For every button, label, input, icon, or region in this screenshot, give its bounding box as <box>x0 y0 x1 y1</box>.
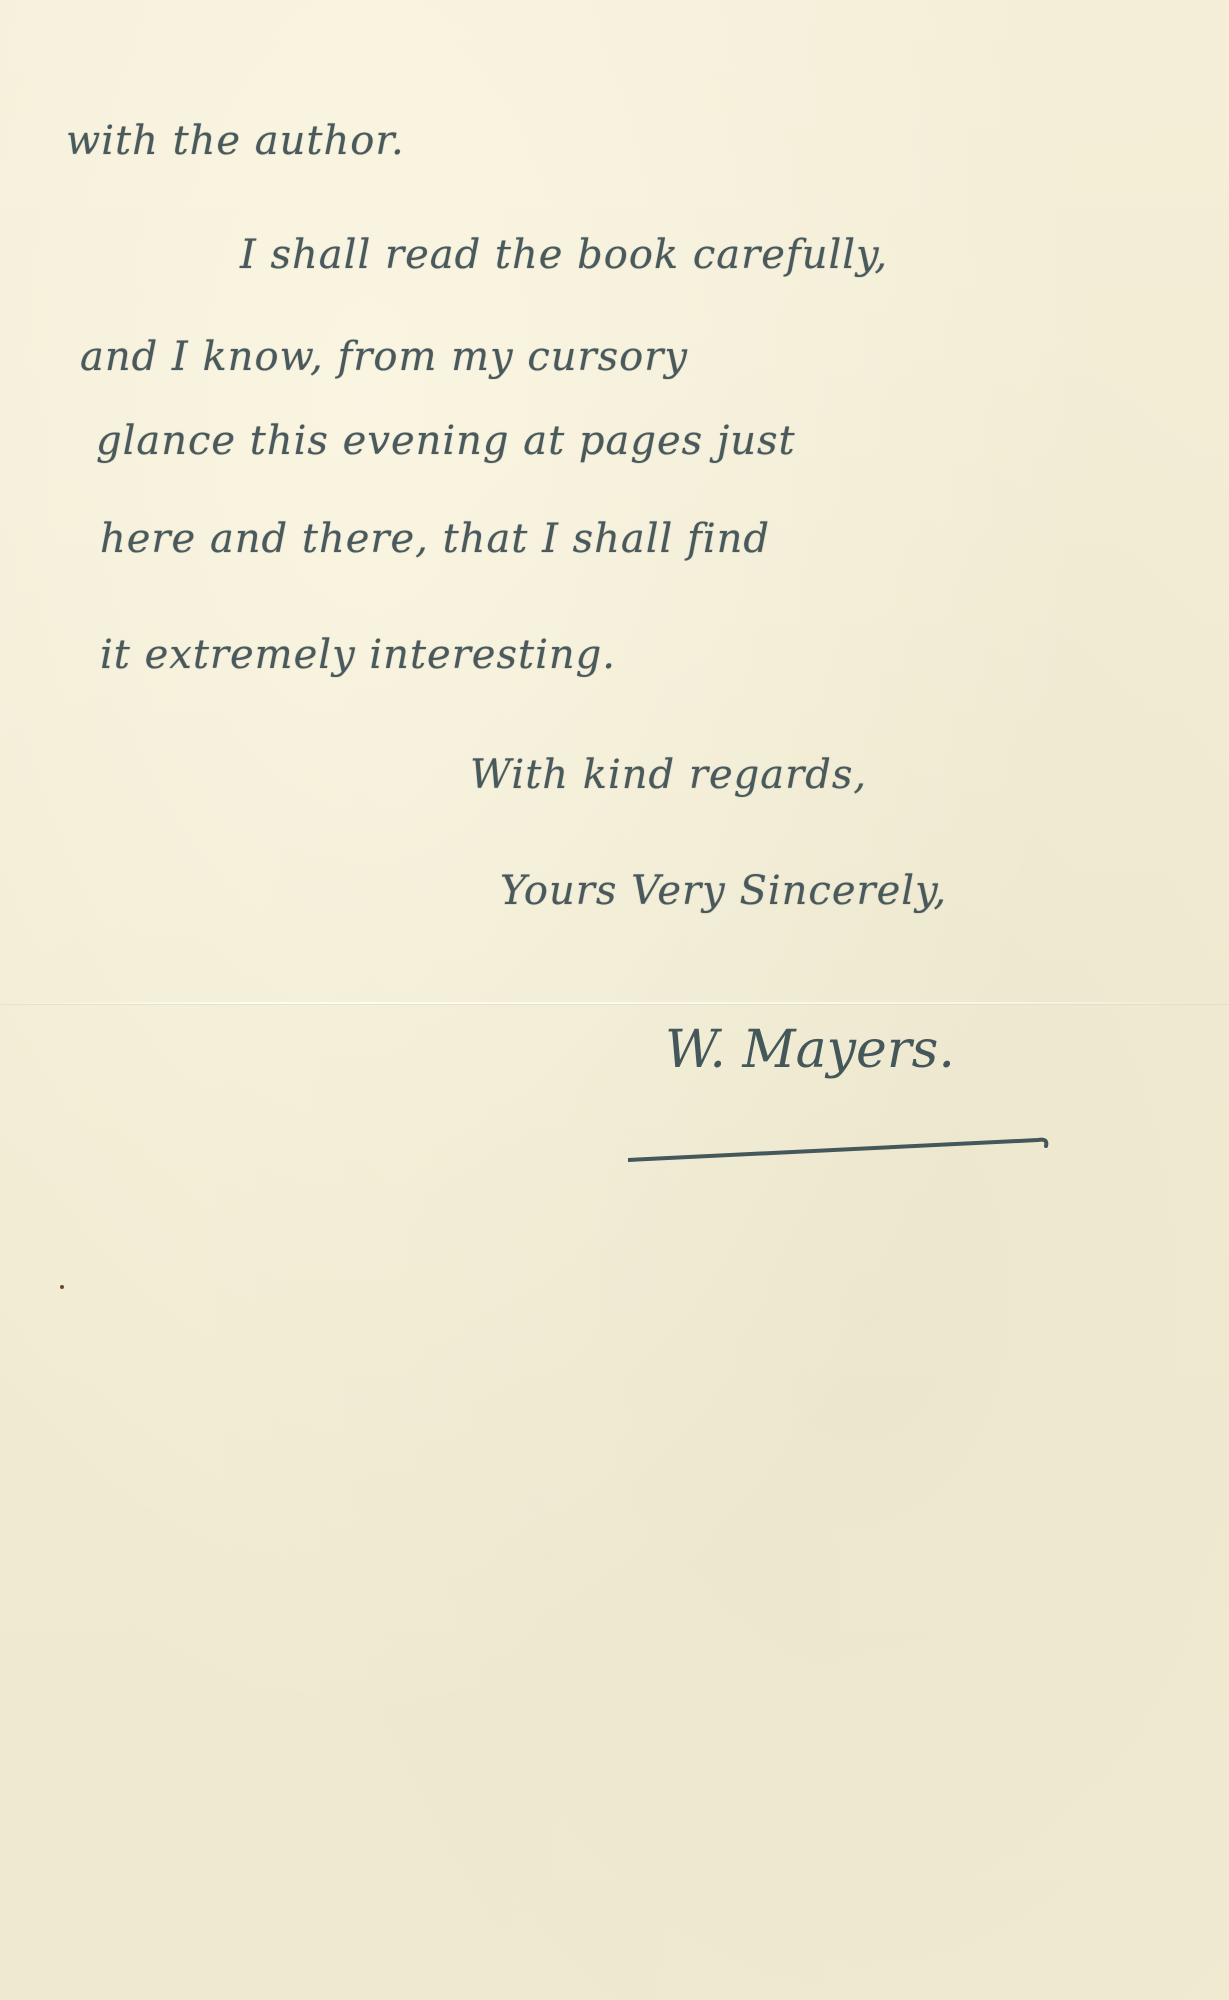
letter-line-1: with the author. <box>66 118 405 164</box>
signature: W. Mayers. <box>665 1020 955 1080</box>
paper-speck <box>60 1285 64 1289</box>
letter-line-3: and I know, from my cursory <box>80 334 688 380</box>
letter-line-4: glance this evening at pages just <box>96 418 796 464</box>
letter-line-2: I shall read the book carefully, <box>240 232 888 278</box>
letter-line-5: here and there, that I shall find <box>100 516 770 562</box>
letter-paper <box>0 0 1229 2000</box>
signature-underline <box>628 1128 1068 1168</box>
paper-fold-line <box>0 1002 1229 1004</box>
letter-closing: With kind regards, <box>470 752 867 798</box>
letter-valediction: Yours Very Sincerely, <box>500 868 947 914</box>
letter-line-6: it extremely interesting. <box>100 632 616 678</box>
